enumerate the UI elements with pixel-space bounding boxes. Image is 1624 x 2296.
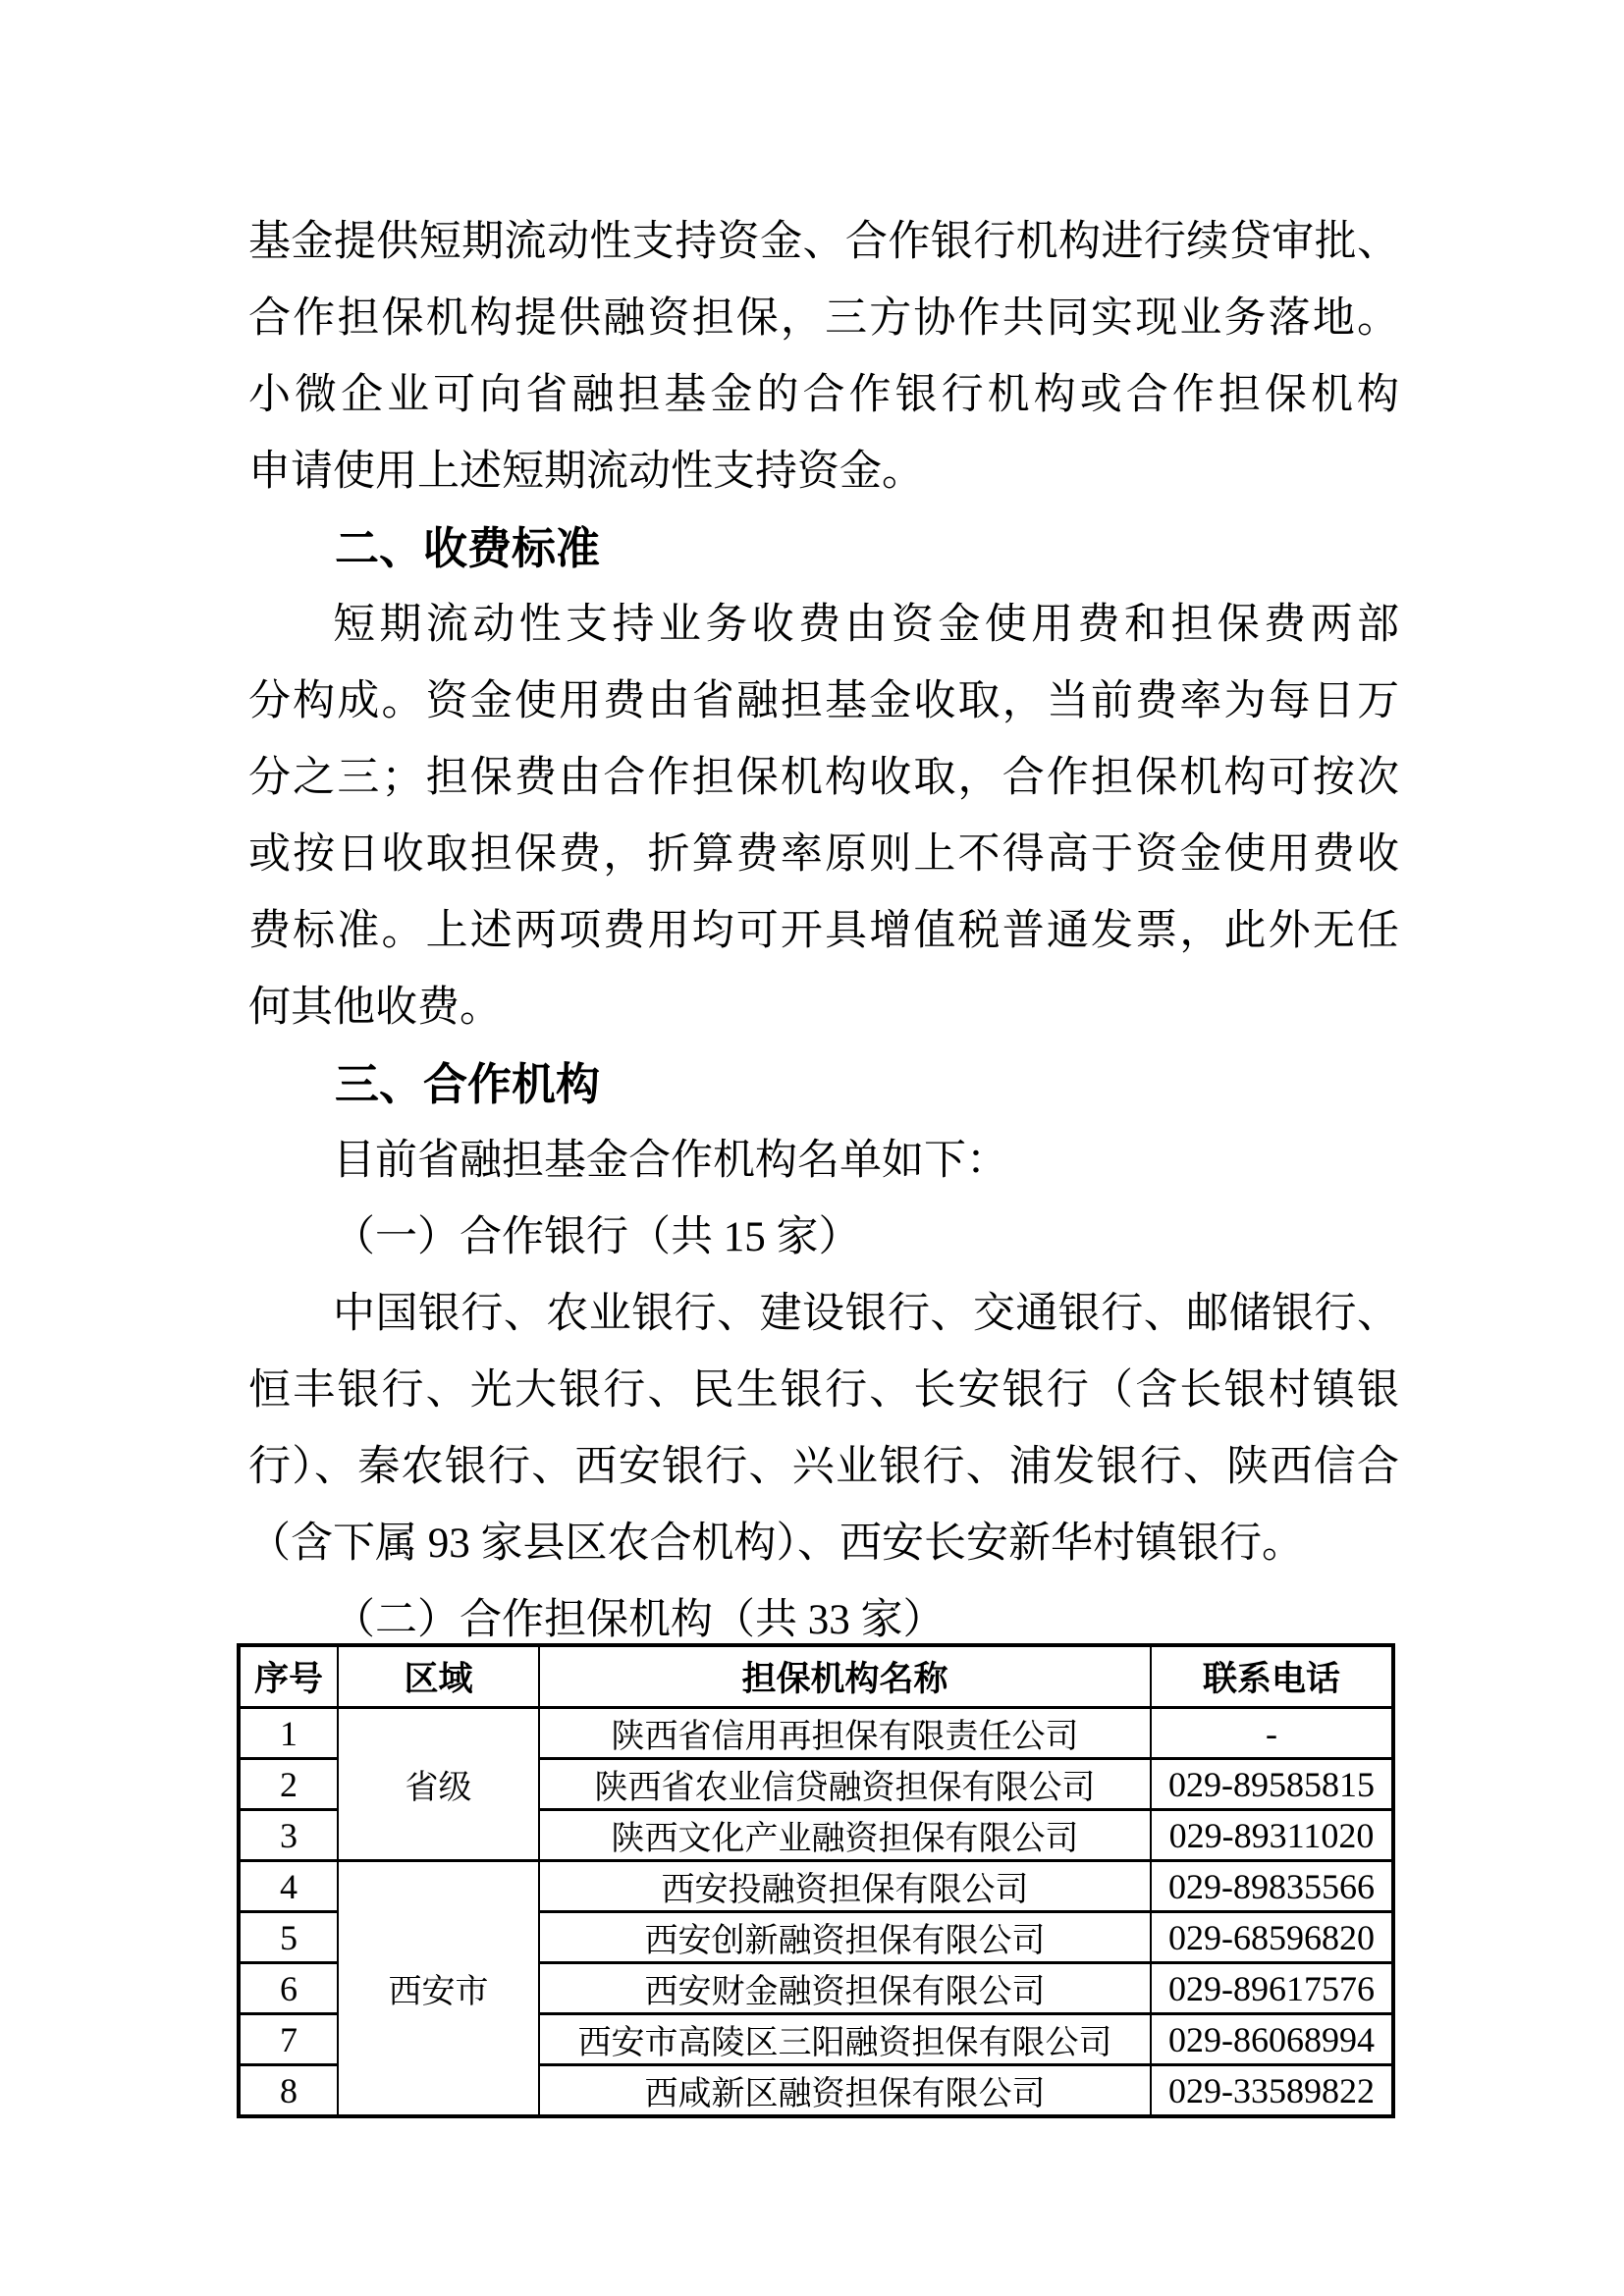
banks-subheading: （一）合作银行（共 15 家） [248, 1200, 1399, 1276]
cell-serial: 2 [239, 1759, 338, 1810]
cell-name: 西安财金融资担保有限公司 [539, 1963, 1151, 2014]
cell-phone: 029-89585815 [1151, 1759, 1393, 1810]
cell-serial: 6 [239, 1963, 338, 2014]
column-header-phone: 联系电话 [1151, 1645, 1393, 1708]
cell-name: 陕西省信用再担保有限责任公司 [539, 1708, 1151, 1759]
table-header-row: 序号 区域 担保机构名称 联系电话 [239, 1645, 1393, 1708]
cell-phone: 029-89311020 [1151, 1810, 1393, 1861]
table-row: 1 省级 陕西省信用再担保有限责任公司 - [239, 1708, 1393, 1759]
banks-list-paragraph: 中国银行、农业银行、建设银行、交通银行、邮储银行、恒丰银行、光大银行、民生银行、… [248, 1276, 1399, 1582]
cell-serial: 3 [239, 1810, 338, 1861]
cell-serial: 8 [239, 2065, 338, 2117]
cell-serial: 1 [239, 1708, 338, 1759]
cell-name: 西安投融资担保有限公司 [539, 1861, 1151, 1912]
cell-phone: 029-89835566 [1151, 1861, 1393, 1912]
cell-region-xian: 西安市 [338, 1861, 539, 2117]
cell-phone: 029-86068994 [1151, 2014, 1393, 2065]
cell-name: 西咸新区融资担保有限公司 [539, 2065, 1151, 2117]
document-page: 基金提供短期流动性支持资金、合作银行机构进行续贷审批、合作担保机构提供融资担保，… [0, 0, 1624, 2296]
cell-phone: - [1151, 1708, 1393, 1759]
cell-region-provincial: 省级 [338, 1708, 539, 1861]
cell-name: 陕西文化产业融资担保有限公司 [539, 1810, 1151, 1861]
cell-phone: 029-33589822 [1151, 2065, 1393, 2117]
table-row: 4 西安市 西安投融资担保有限公司 029-89835566 [239, 1861, 1393, 1912]
section3-intro: 目前省融担基金合作机构名单如下： [248, 1123, 1399, 1200]
cell-name: 西安创新融资担保有限公司 [539, 1912, 1151, 1963]
paragraph-continuation: 基金提供短期流动性支持资金、合作银行机构进行续贷审批、合作担保机构提供融资担保，… [248, 204, 1399, 510]
cell-serial: 5 [239, 1912, 338, 1963]
cell-serial: 4 [239, 1861, 338, 1912]
cell-serial: 7 [239, 2014, 338, 2065]
section2-paragraph: 短期流动性支持业务收费由资金使用费和担保费两部分构成。资金使用费由省融担基金收取… [248, 587, 1399, 1046]
column-header-serial: 序号 [239, 1645, 338, 1708]
cell-phone: 029-89617576 [1151, 1963, 1393, 2014]
cell-phone: 029-68596820 [1151, 1912, 1393, 1963]
guarantor-table: 序号 区域 担保机构名称 联系电话 1 省级 陕西省信用再担保有限责任公司 - … [237, 1643, 1395, 2118]
cell-name: 西安市高陵区三阳融资担保有限公司 [539, 2014, 1151, 2065]
section3-heading: 三、合作机构 [248, 1046, 1399, 1123]
cell-name: 陕西省农业信贷融资担保有限公司 [539, 1759, 1151, 1810]
section2-heading: 二、收费标准 [248, 510, 1399, 587]
